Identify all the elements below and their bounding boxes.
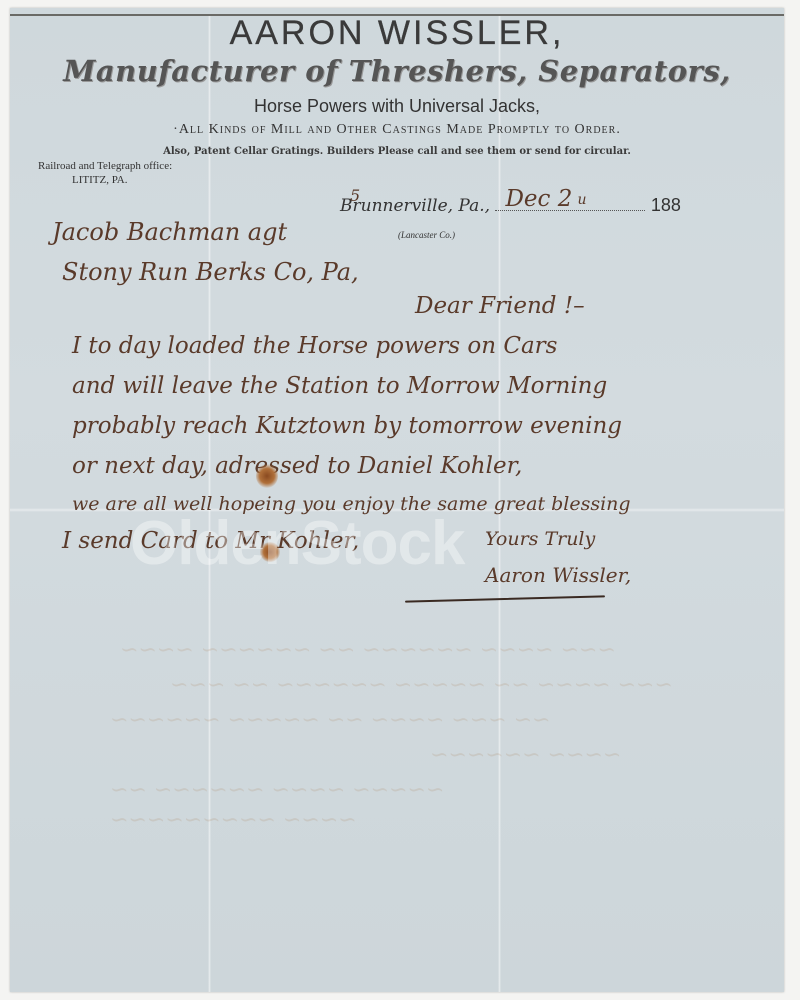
dateline: Brunnerville, Pa., Dec 2 u 1885	[340, 194, 681, 216]
year-handwritten: 5	[350, 186, 360, 205]
closing: Yours Truly	[485, 528, 595, 550]
letterhead-business: Manufacturer of Threshers, Separators,	[10, 54, 784, 88]
letterhead-also: Also, Patent Cellar Gratings. Builders P…	[10, 146, 784, 157]
date-field: Dec 2 u	[495, 194, 645, 211]
body-line: I to day loaded the Horse powers on Cars	[72, 333, 557, 359]
ink-stain	[256, 464, 278, 488]
letterhead-castings: ·All Kinds of Mill and Other Castings Ma…	[10, 122, 784, 138]
bleed-through-text: ~~~ ~~~~ ~~ ~~~~~ ~~~~~~ ~~ ~~~	[170, 673, 673, 698]
letter-sheet: AARON WISSLER, Manufacturer of Threshers…	[10, 8, 784, 992]
signature-flourish	[405, 595, 605, 602]
letterhead-name: AARON WISSLER,	[10, 14, 784, 53]
date-suffix: u	[577, 192, 586, 208]
bleed-through-text: ~~~ ~~~~ ~~~~~~ ~~ ~~~~~~ ~~~~	[120, 638, 616, 663]
recipient-line-2: Stony Run Berks Co, Pa,	[62, 258, 359, 286]
bleed-through-text: ~~~~~ ~~~~ ~~~~~~ ~~	[110, 778, 444, 803]
bleed-through-text: ~~~~ ~~~~~~	[430, 743, 621, 768]
recipient-line-1: Jacob Bachman agt	[52, 218, 287, 246]
watermark: OldenStock	[130, 508, 465, 579]
dateline-place: Brunnerville, Pa.,	[340, 196, 490, 216]
signature: Aaron Wissler,	[485, 563, 631, 587]
county-note: (Lancaster Co.)	[398, 230, 455, 240]
bleed-through-text: ~~ ~~~ ~~~~ ~~ ~~~~~ ~~~~~~	[110, 708, 551, 733]
date-handwritten: Dec 2	[505, 186, 572, 212]
body-line: probably reach Kutztown by tomorrow even…	[72, 413, 622, 439]
salutation: Dear Friend !–	[415, 293, 585, 319]
letterhead-products: Horse Powers with Universal Jacks,	[10, 96, 784, 117]
bleed-through-text: ~~~~ ~~~~~~~~~	[110, 808, 357, 833]
body-line: or next day, adressed to Daniel Kohler,	[72, 453, 522, 479]
year-printed: 188	[651, 195, 681, 215]
body-line: and will leave the Station to Morrow Mor…	[72, 373, 607, 399]
office-town: LITITZ, PA.	[72, 174, 128, 186]
office-label: Railroad and Telegraph office:	[38, 160, 172, 172]
